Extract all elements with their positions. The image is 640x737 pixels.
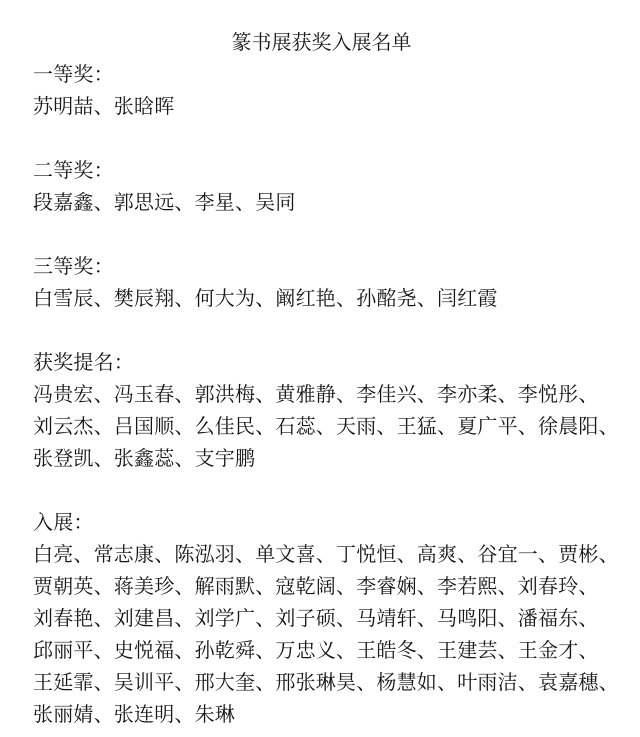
section-label-second-prize: 二等奖： bbox=[33, 154, 610, 186]
name-line: 张登凯、张鑫蕊、支宇鹏 bbox=[33, 442, 610, 474]
name-line: 刘春艳、刘建昌、刘学广、刘子硕、马靖轩、马鸣阳、潘福东、 bbox=[33, 602, 610, 634]
section-label-third-prize: 三等奖： bbox=[33, 250, 610, 282]
name-line: 白亮、常志康、陈泓羽、单文喜、丁悦恒、高爽、谷宜一、贾彬、 bbox=[33, 538, 610, 570]
name-line: 邱丽平、史悦福、孙乾舜、万忠义、王皓冬、王建芸、王金才、 bbox=[33, 634, 610, 666]
name-line: 贾朝英、蒋美珍、解雨默、寇乾阔、李睿娴、李若熙、刘春玲、 bbox=[33, 570, 610, 602]
name-line: 段嘉鑫、郭思远、李星、吴同 bbox=[33, 186, 610, 218]
name-line: 王延霏、吴训平、邢大奎、邢张琳昊、杨慧如、叶雨洁、袁嘉穗、 bbox=[33, 666, 610, 698]
page-title: 篆书展获奖入展名单 bbox=[33, 26, 610, 58]
section-label-exhibited: 入展： bbox=[33, 506, 610, 538]
name-line: 张丽婧、张连明、朱琳 bbox=[33, 698, 610, 730]
section-label-first-prize: 一等奖： bbox=[33, 58, 610, 90]
name-line: 冯贵宏、冯玉春、郭洪梅、黄雅静、李佳兴、李亦柔、李悦彤、 bbox=[33, 378, 610, 410]
section-label-nominations: 获奖提名： bbox=[33, 346, 610, 378]
section-third-prize: 三等奖： 白雪辰、樊辰翔、何大为、阚红艳、孙酩尧、闫红霞 bbox=[33, 250, 610, 314]
section-nominations: 获奖提名： 冯贵宏、冯玉春、郭洪梅、黄雅静、李佳兴、李亦柔、李悦彤、 刘云杰、吕… bbox=[33, 346, 610, 474]
section-second-prize: 二等奖： 段嘉鑫、郭思远、李星、吴同 bbox=[33, 154, 610, 218]
section-exhibited: 入展： 白亮、常志康、陈泓羽、单文喜、丁悦恒、高爽、谷宜一、贾彬、 贾朝英、蒋美… bbox=[33, 506, 610, 730]
document-page: 篆书展获奖入展名单 一等奖： 苏明喆、张晗晖 二等奖： 段嘉鑫、郭思远、李星、吴… bbox=[0, 0, 640, 737]
section-first-prize: 一等奖： 苏明喆、张晗晖 bbox=[33, 58, 610, 122]
name-line: 白雪辰、樊辰翔、何大为、阚红艳、孙酩尧、闫红霞 bbox=[33, 282, 610, 314]
name-line: 刘云杰、吕国顺、么佳民、石蕊、天雨、王猛、夏广平、徐晨阳、 bbox=[33, 410, 610, 442]
name-line: 苏明喆、张晗晖 bbox=[33, 90, 610, 122]
